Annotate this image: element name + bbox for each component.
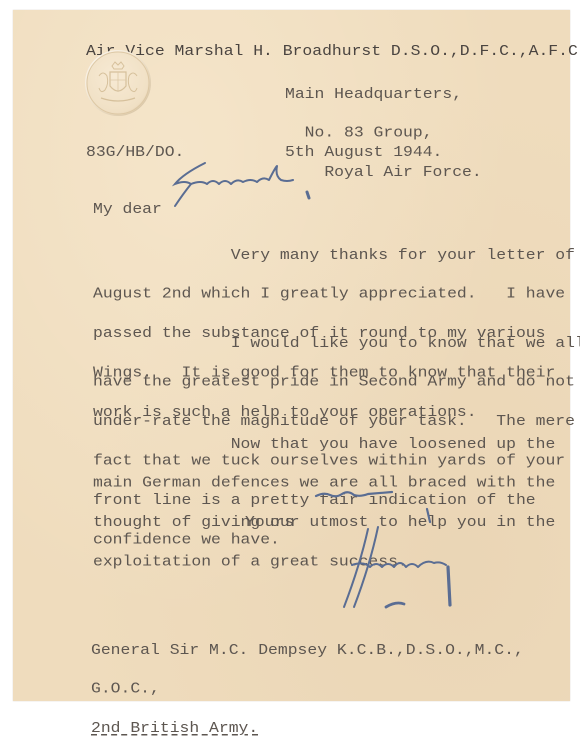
closing-typed: Yours — [245, 489, 294, 542]
recipient-line-1: General Sir M.C. Dempsey K.C.B.,D.S.O.,M… — [91, 643, 524, 656]
royal-coat-of-arms-seal-icon — [85, 50, 151, 116]
recipient-line-2: G.O.C., — [91, 683, 524, 696]
salutation-typed: My dear — [93, 176, 162, 229]
recipient-block: General Sir M.C. Dempsey K.C.B.,D.S.O.,M… — [91, 617, 524, 711]
address-line-1: Main Headquarters, — [285, 87, 482, 100]
handwritten-general-icon — [165, 160, 325, 210]
handwritten-signature-harry-icon — [320, 495, 480, 615]
sender-line: Air Vice Marshal H. Broadhurst D.S.O.,D.… — [86, 44, 580, 57]
